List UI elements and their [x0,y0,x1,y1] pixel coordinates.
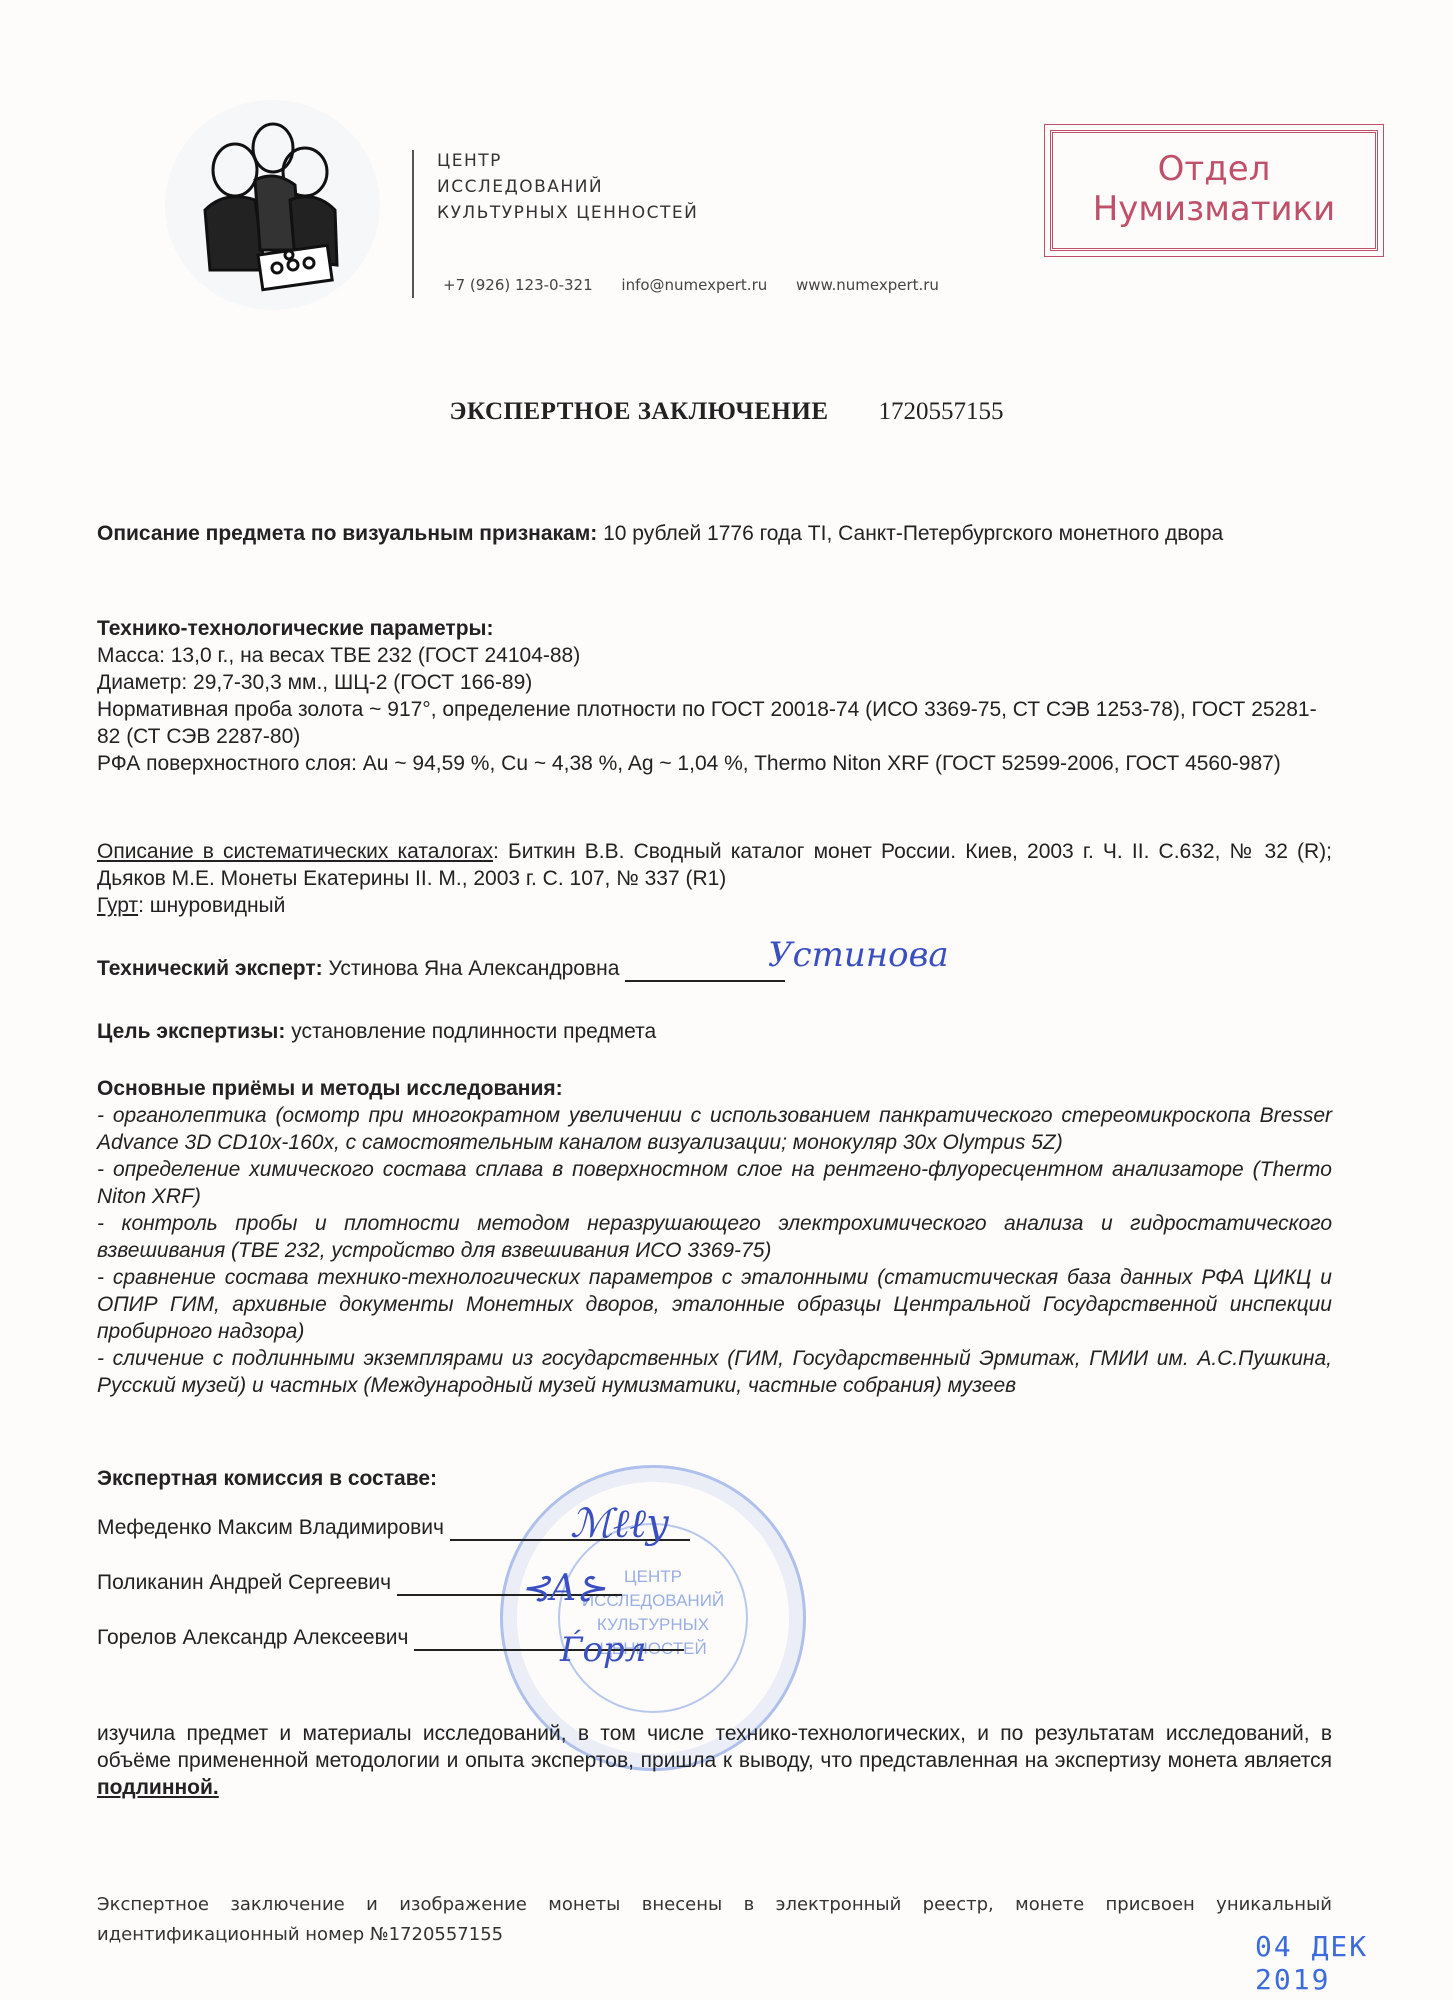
conclusion: изучила предмет и материалы исследований… [97,1720,1332,1801]
org-line-2: ИССЛЕДОВАНИЙ [437,174,698,200]
department-stamp: Отдел Нумизматики [1050,130,1378,251]
stamp-line-1: Отдел [1053,149,1375,189]
examination-purpose: Цель экспертизы: установление подлинност… [97,1018,1332,1045]
verdict: подлинной. [97,1776,219,1799]
email-link[interactable]: info@numexpert.ru [621,276,767,294]
member-signature-1: ℳℓℓy [570,1500,669,1547]
technical-parameters: Технико-технологические параметры: Масса… [97,615,1332,777]
registry-note: Экспертное заключение и изображение моне… [97,1890,1332,1950]
methods-label: Основные приёмы и методы исследования: [97,1075,1332,1102]
edge-label: Гурт [97,894,138,917]
title-text: ЭКСПЕРТНОЕ ЗАКЛЮЧЕНИЕ [450,398,829,425]
member-name: Мефеденко Максим Владимирович [97,1516,444,1539]
member-name: Поликанин Андрей Сергеевич [97,1571,391,1594]
expert-signature: Устинова [768,935,949,975]
param-xrf: РФА поверхностного слоя: Au ~ 94,59 %, C… [97,750,1332,777]
commission-member: Мефеденко Максим Владимирович [97,1514,1332,1541]
phone: +7 (926) 123-0-321 [443,276,593,294]
org-line-3: КУЛЬТУРНЫХ ЦЕННОСТЕЙ [437,200,698,226]
param-diameter: Диаметр: 29,7-30,3 мм., ШЦ-2 (ГОСТ 166-8… [97,669,1332,696]
research-methods: Основные приёмы и методы исследования: -… [97,1075,1332,1399]
expert-label: Технический эксперт: [97,957,323,980]
organization-name: ЦЕНТР ИССЛЕДОВАНИЙ КУЛЬТУРНЫХ ЦЕННОСТЕЙ [437,148,698,226]
param-fineness: Нормативная проба золота ~ 917°, определ… [97,696,1332,750]
catalog-references: Описание в систематических каталогах: Би… [97,838,1332,919]
document-number: 1720557155 [879,398,1004,425]
expert-commission: Экспертная комиссия в составе: Мефеденко… [97,1465,1332,1651]
website-link[interactable]: www.numexpert.ru [796,276,939,294]
numismatists-logo-icon [165,100,380,310]
param-mass: Масса: 13,0 г., на весах ТВЕ 232 (ГОСТ 2… [97,642,1332,669]
description-label: Описание предмета по визуальным признака… [97,522,597,545]
method-item: - контроль пробы и плотности методом нер… [97,1210,1332,1264]
method-item: - сличение с подлинными экземплярами из … [97,1345,1332,1399]
stamp-line-2: Нумизматики [1053,189,1375,229]
member-name: Горелов Александр Алексеевич [97,1626,408,1649]
org-line-1: ЦЕНТР [437,148,698,174]
member-signature-3: Ѓорл [560,1630,646,1670]
header-divider [412,150,414,298]
expert-name: Устинова Яна Александровна [328,957,619,980]
technical-expert: Технический эксперт: Устинова Яна Алекса… [97,955,1332,982]
commission-member: Горелов Александр Алексеевич [97,1624,1332,1651]
edge-value: шнуровидный [150,894,286,917]
item-description: Описание предмета по визуальным признака… [97,520,1332,547]
catalogs-label: Описание в систематических каталогах [97,840,493,863]
method-item: - органолептика (осмотр при многократном… [97,1102,1332,1156]
purpose-label: Цель экспертизы: [97,1020,285,1043]
method-item: - определение химического состава сплава… [97,1156,1332,1210]
member-signature-2: ⊰A⊱ [520,1568,606,1609]
commission-member: Поликанин Андрей Сергеевич [97,1569,1332,1596]
purpose-value: установление подлинности предмета [291,1020,656,1043]
conclusion-text: изучила предмет и материалы исследований… [97,1722,1332,1772]
expert-signature-line [625,958,785,982]
organization-logo [165,100,380,310]
date-stamp: 04 ДЕК 2019 [1255,1930,1453,1996]
commission-label: Экспертная комиссия в составе: [97,1465,1332,1492]
technical-label: Технико-технологические параметры: [97,615,1332,642]
contact-info: +7 (926) 123-0-321 info@numexpert.ru www… [443,276,963,294]
document-title: ЭКСПЕРТНОЕ ЗАКЛЮЧЕНИЕ1720557155 [0,398,1453,426]
method-item: - сравнение состава технико-технологичес… [97,1264,1332,1345]
description-value: 10 рублей 1776 года TI, Санкт-Петербургс… [603,522,1223,545]
